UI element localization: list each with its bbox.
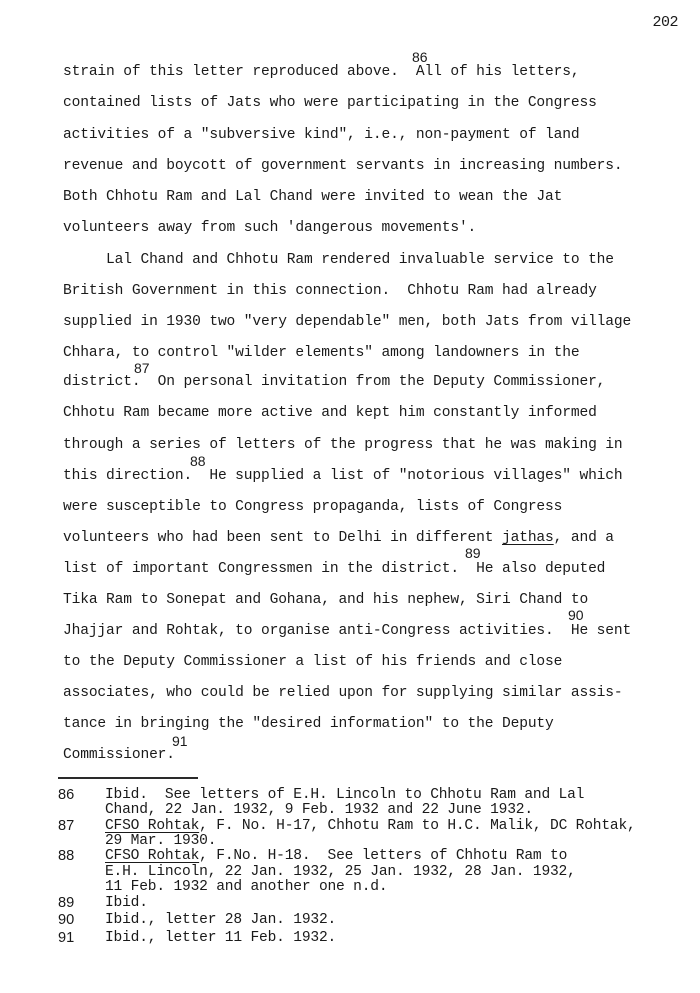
footnote-text: E.H. Lincoln, 22 Jan. 1932, 25 Jan. 1932… — [105, 864, 576, 880]
footnote-separator — [58, 777, 198, 779]
body-line: were susceptible to Congress propaganda,… — [63, 499, 562, 515]
footnote-text: Ibid., letter 28 Jan. 1932. — [105, 912, 336, 928]
footnote-marker: 91 — [172, 733, 188, 749]
body-line: Chhotu Ram became more active and kept h… — [63, 405, 597, 421]
footnote-text: Ibid., letter 11 Feb. 1932. — [105, 930, 336, 946]
underlined-term: jathas — [502, 530, 554, 546]
body-line: associates, who could be relied upon for… — [63, 685, 623, 701]
body-line: Jhajjar and Rohtak, to organise anti-Con… — [63, 623, 631, 639]
footnote-number: 88 — [58, 848, 74, 864]
footnote-text: CFSO Rohtak, F. No. H-17, Chhotu Ram to … — [105, 818, 636, 834]
body-line: Tika Ram to Sonepat and Gohana, and his … — [63, 592, 588, 608]
body-line: supplied in 1930 two "very dependable" m… — [63, 314, 631, 330]
body-line: list of important Congressmen in the dis… — [63, 561, 605, 577]
body-line: volunteers who had been sent to Delhi in… — [63, 530, 614, 546]
body-line: this direction. He supplied a list of "n… — [63, 468, 623, 484]
footnote-number: 89 — [58, 895, 74, 911]
source-citation: CFSO Rohtak — [105, 848, 199, 864]
body-line: Commissioner. — [63, 747, 175, 763]
footnote-text: Ibid. — [105, 895, 148, 911]
body-line: district. On personal invitation from th… — [63, 374, 605, 390]
footnote-marker: 90 — [568, 607, 584, 623]
body-line: volunteers away from such 'dangerous mov… — [63, 220, 476, 236]
footnote-number: 91 — [58, 930, 74, 946]
body-line: activities of a "subversive kind", i.e.,… — [63, 127, 579, 143]
body-line: tance in bringing the "desired informati… — [63, 716, 554, 732]
footnote-number: 86 — [58, 787, 74, 803]
footnote-text: 29 Mar. 1930. — [105, 833, 216, 849]
footnote-text: Ibid. See letters of E.H. Lincoln to Chh… — [105, 787, 584, 803]
footnote-marker: 89 — [465, 545, 481, 561]
footnote-marker: 87 — [134, 360, 150, 376]
page-number: 202 — [652, 14, 678, 31]
body-line: strain of this letter reproduced above. … — [63, 64, 579, 80]
footnote-text: 11 Feb. 1932 and another one n.d. — [105, 879, 387, 895]
footnote-text: Chand, 22 Jan. 1932, 9 Feb. 1932 and 22 … — [105, 802, 533, 818]
body-line: through a series of letters of the progr… — [63, 437, 623, 453]
body-line: contained lists of Jats who were partici… — [63, 95, 597, 111]
footnote-number: 87 — [58, 818, 74, 834]
body-line: to the Deputy Commissioner a list of his… — [63, 654, 562, 670]
source-citation: CFSO Rohtak — [105, 818, 199, 834]
body-line: revenue and boycott of government servan… — [63, 158, 623, 174]
footnote-text: CFSO Rohtak, F.No. H-18. See letters of … — [105, 848, 567, 864]
footnote-number: 90 — [58, 912, 74, 928]
body-line: British Government in this connection. C… — [63, 283, 597, 299]
footnote-marker: 88 — [190, 453, 206, 469]
body-line: Chhara, to control "wilder elements" amo… — [63, 345, 579, 361]
body-line: Both Chhotu Ram and Lal Chand were invit… — [63, 189, 562, 205]
body-line: Lal Chand and Chhotu Ram rendered invalu… — [63, 252, 614, 268]
footnote-marker: 86 — [412, 49, 428, 65]
